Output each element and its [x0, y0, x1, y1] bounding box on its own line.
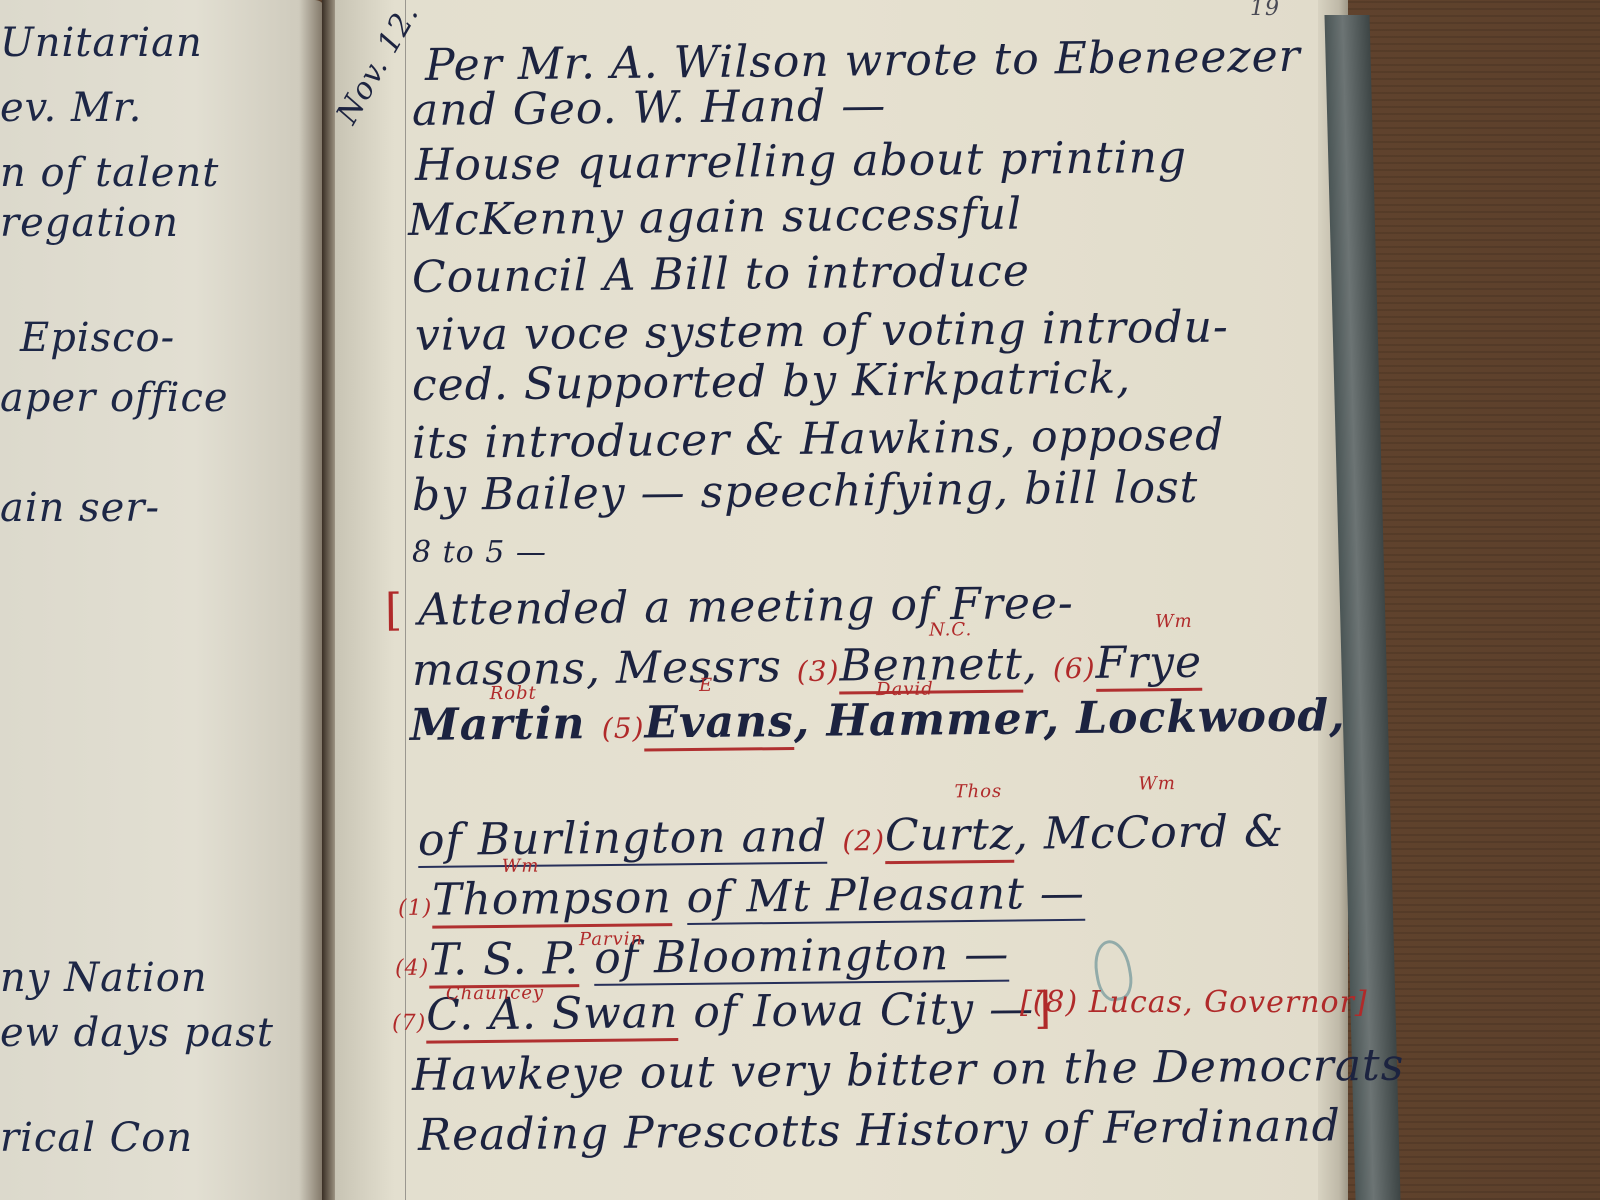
left-line: Unitarian	[0, 20, 203, 66]
number-annotation: (7)	[392, 1011, 426, 1036]
number-annotation: (2)	[842, 824, 885, 857]
surname: Evans	[644, 696, 794, 749]
given-name-annotation: Chauncey	[446, 982, 544, 1004]
left-line: aper office	[0, 375, 229, 421]
left-line: ny Nation	[0, 955, 208, 1001]
name-swan: ChaunceyC. A. Swan	[426, 987, 679, 1044]
number-annotation: (1)	[398, 896, 432, 921]
diary-line: ced. Supported by Kirkpatrick,	[412, 352, 1132, 411]
diary-line: McKenny again successful	[408, 189, 1023, 246]
given-name-annotation: Wm	[1138, 773, 1176, 794]
surname: Curtz	[885, 809, 1014, 861]
left-line: rical Con	[0, 1115, 193, 1161]
diary-line: House quarrelling about printing	[415, 132, 1188, 191]
given-name-annotation: Parvin	[579, 928, 643, 950]
left-line: regation	[0, 200, 179, 246]
left-line: Episco-	[20, 315, 175, 361]
given-name-annotation: David	[876, 679, 934, 701]
diary-line: by Bailey — speechifying, bill lost	[412, 462, 1199, 521]
given-name-annotation: Wm	[502, 856, 540, 877]
masons-line-7: (7)ChaunceyC. A. Swan of Iowa City —]	[392, 983, 1053, 1041]
masons-text: of Mt Pleasant —	[686, 868, 1085, 925]
left-line: ew days past	[0, 1010, 274, 1056]
surname: McCord &	[1044, 806, 1285, 860]
given-name-annotation: Thos	[954, 781, 1002, 802]
number-annotation: (4)	[395, 956, 429, 981]
given-name-annotation: E	[699, 675, 713, 696]
masons-line-3: RobtMartin (5)EEvans, DavidHammer, Lockw…	[410, 690, 1346, 751]
surname: Martin	[410, 698, 586, 751]
diary-line: Reading Prescotts History of Ferdinand	[418, 1100, 1341, 1161]
left-line: ain ser-	[0, 485, 160, 531]
governor-margin-note: [(8) Lucas, Governor]	[1020, 985, 1368, 1020]
masons-line-5: (1)WmThompson of Mt Pleasant —	[398, 868, 1085, 926]
masons-text: Attended a meeting of Free-	[418, 578, 1074, 636]
name-evans: EEvans	[644, 696, 794, 752]
diary-line: Council A Bill to introduce	[412, 246, 1030, 303]
given-name-annotation: Robt	[490, 683, 537, 704]
masons-text: of Burlington and	[418, 811, 828, 868]
diary-line: its introducer & Hawkins, opposed	[412, 409, 1225, 469]
name-frye: WmFrye	[1095, 637, 1202, 692]
surname: Frye	[1095, 637, 1202, 689]
surname: Thompson	[432, 872, 672, 926]
name-mccord: WmMcCord &	[1044, 806, 1285, 860]
diary-line: Hawkeye out very bitter on the Democrats	[412, 1040, 1405, 1101]
page-number: 19	[1250, 0, 1280, 21]
masons-text: of Bloomington —	[594, 929, 1009, 986]
given-name-annotation: Wm	[1155, 611, 1193, 632]
diary-line: 8 to 5 —	[412, 535, 547, 570]
left-page: Unitarian ev. Mr. n of talent regation E…	[0, 0, 325, 1200]
masons-text: masons, Messrs	[412, 641, 782, 696]
name-curtz: ThosCurtz	[885, 809, 1014, 864]
name-thompson: WmThompson	[432, 872, 672, 929]
surname: T. S. P.	[429, 933, 580, 986]
masons-text: of Iowa City —	[693, 983, 1034, 1038]
given-name-annotation: N.C.	[929, 619, 972, 640]
diary-line: and Geo. W. Hand —	[412, 80, 887, 136]
number-annotation: (6)	[1053, 652, 1096, 685]
open-bracket: [	[385, 585, 404, 636]
number-annotation: (3)	[797, 655, 840, 688]
masons-line-6: (4)ParvinT. S. P. of Bloomington —	[395, 929, 1010, 986]
name-parvin: ParvinT. S. P.	[429, 933, 580, 989]
left-line: ev. Mr.	[0, 85, 142, 131]
name-martin: RobtMartin	[410, 698, 586, 751]
left-line: n of talent	[0, 150, 219, 196]
number-annotation: (5)	[602, 712, 645, 745]
masons-line-4: of Burlington and (2)ThosCurtz, WmMcCord…	[418, 806, 1285, 866]
